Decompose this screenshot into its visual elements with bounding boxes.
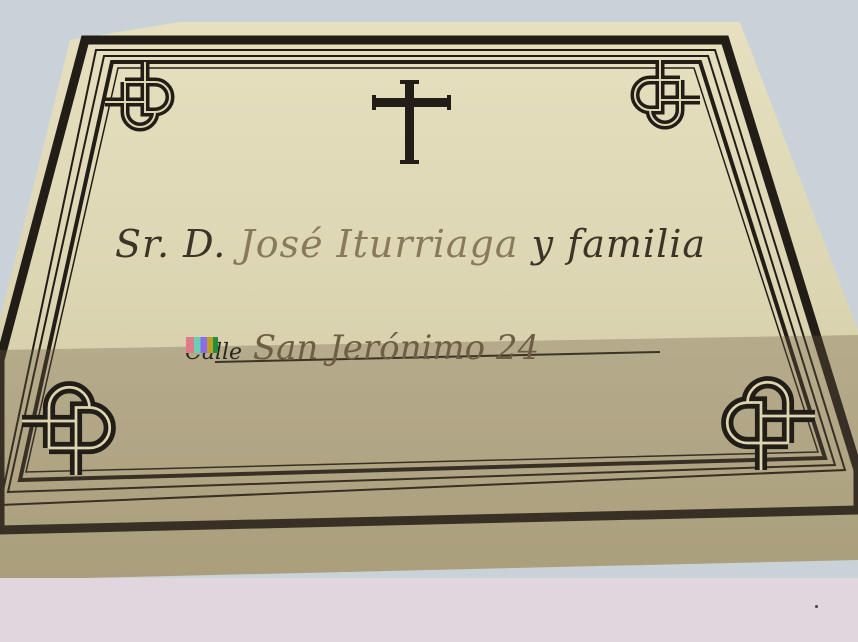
recipient-suffix: y familia bbox=[532, 222, 706, 266]
dust-speck bbox=[815, 605, 818, 608]
bottom-band bbox=[0, 578, 858, 642]
compression-artifact bbox=[186, 337, 218, 353]
recipient-name: José Iturriaga bbox=[239, 222, 518, 266]
address-line-2: Calle San Jerónimo 24 bbox=[185, 328, 539, 368]
street-address: San Jerónimo 24 bbox=[253, 328, 539, 368]
honorific: Sr. D. bbox=[115, 222, 226, 266]
envelope-photo bbox=[0, 0, 858, 642]
address-line-1: Sr. D. José Iturriaga y familia bbox=[115, 222, 706, 266]
